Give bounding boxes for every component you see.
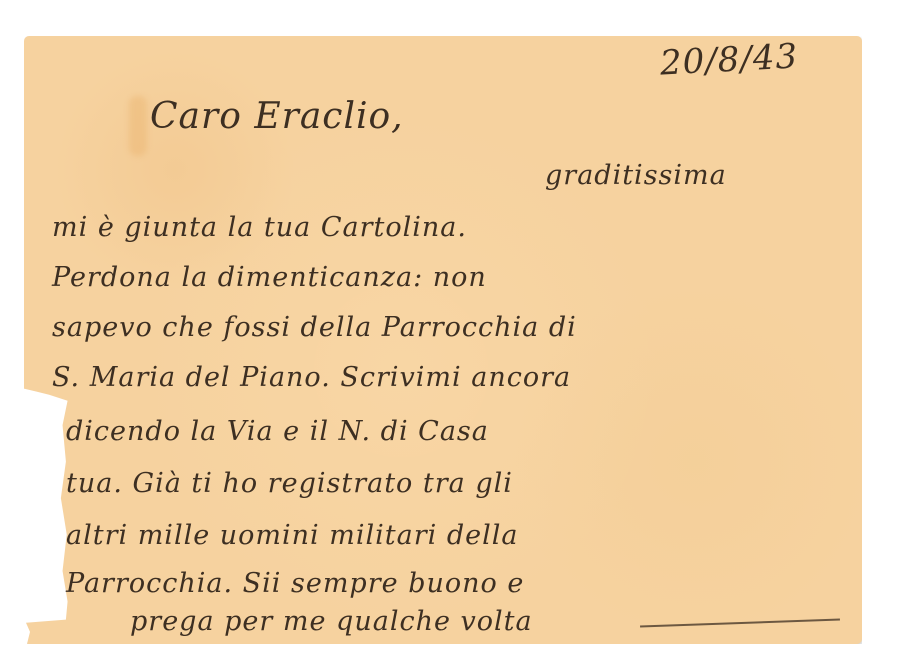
letter-line-10: prega per me qualche volta	[130, 606, 533, 637]
letter-line-5: S. Maria del Piano. Scrivimi ancora	[52, 362, 571, 393]
letter-salutation: Caro Eraclio,	[150, 96, 404, 137]
letter-line-8: altri mille uomini militari della	[66, 520, 518, 551]
letter-line-2: mi è giunta la tua Cartolina.	[52, 212, 467, 243]
paper-stain	[129, 96, 147, 156]
letter-line-7: tua. Già ti ho registrato tra gli	[66, 468, 513, 499]
letter-date: 20/8/43	[659, 36, 799, 83]
letter-line-9: Parrocchia. Sii sempre buono e	[66, 568, 524, 599]
letter-line-1: graditissima	[545, 160, 727, 191]
letter-line-4: sapevo che fossi della Parrocchia di	[52, 312, 577, 343]
letter-line-3: Perdona la dimenticanza: non	[52, 262, 487, 293]
letter-line-6: dicendo la Via e il N. di Casa	[66, 416, 489, 447]
